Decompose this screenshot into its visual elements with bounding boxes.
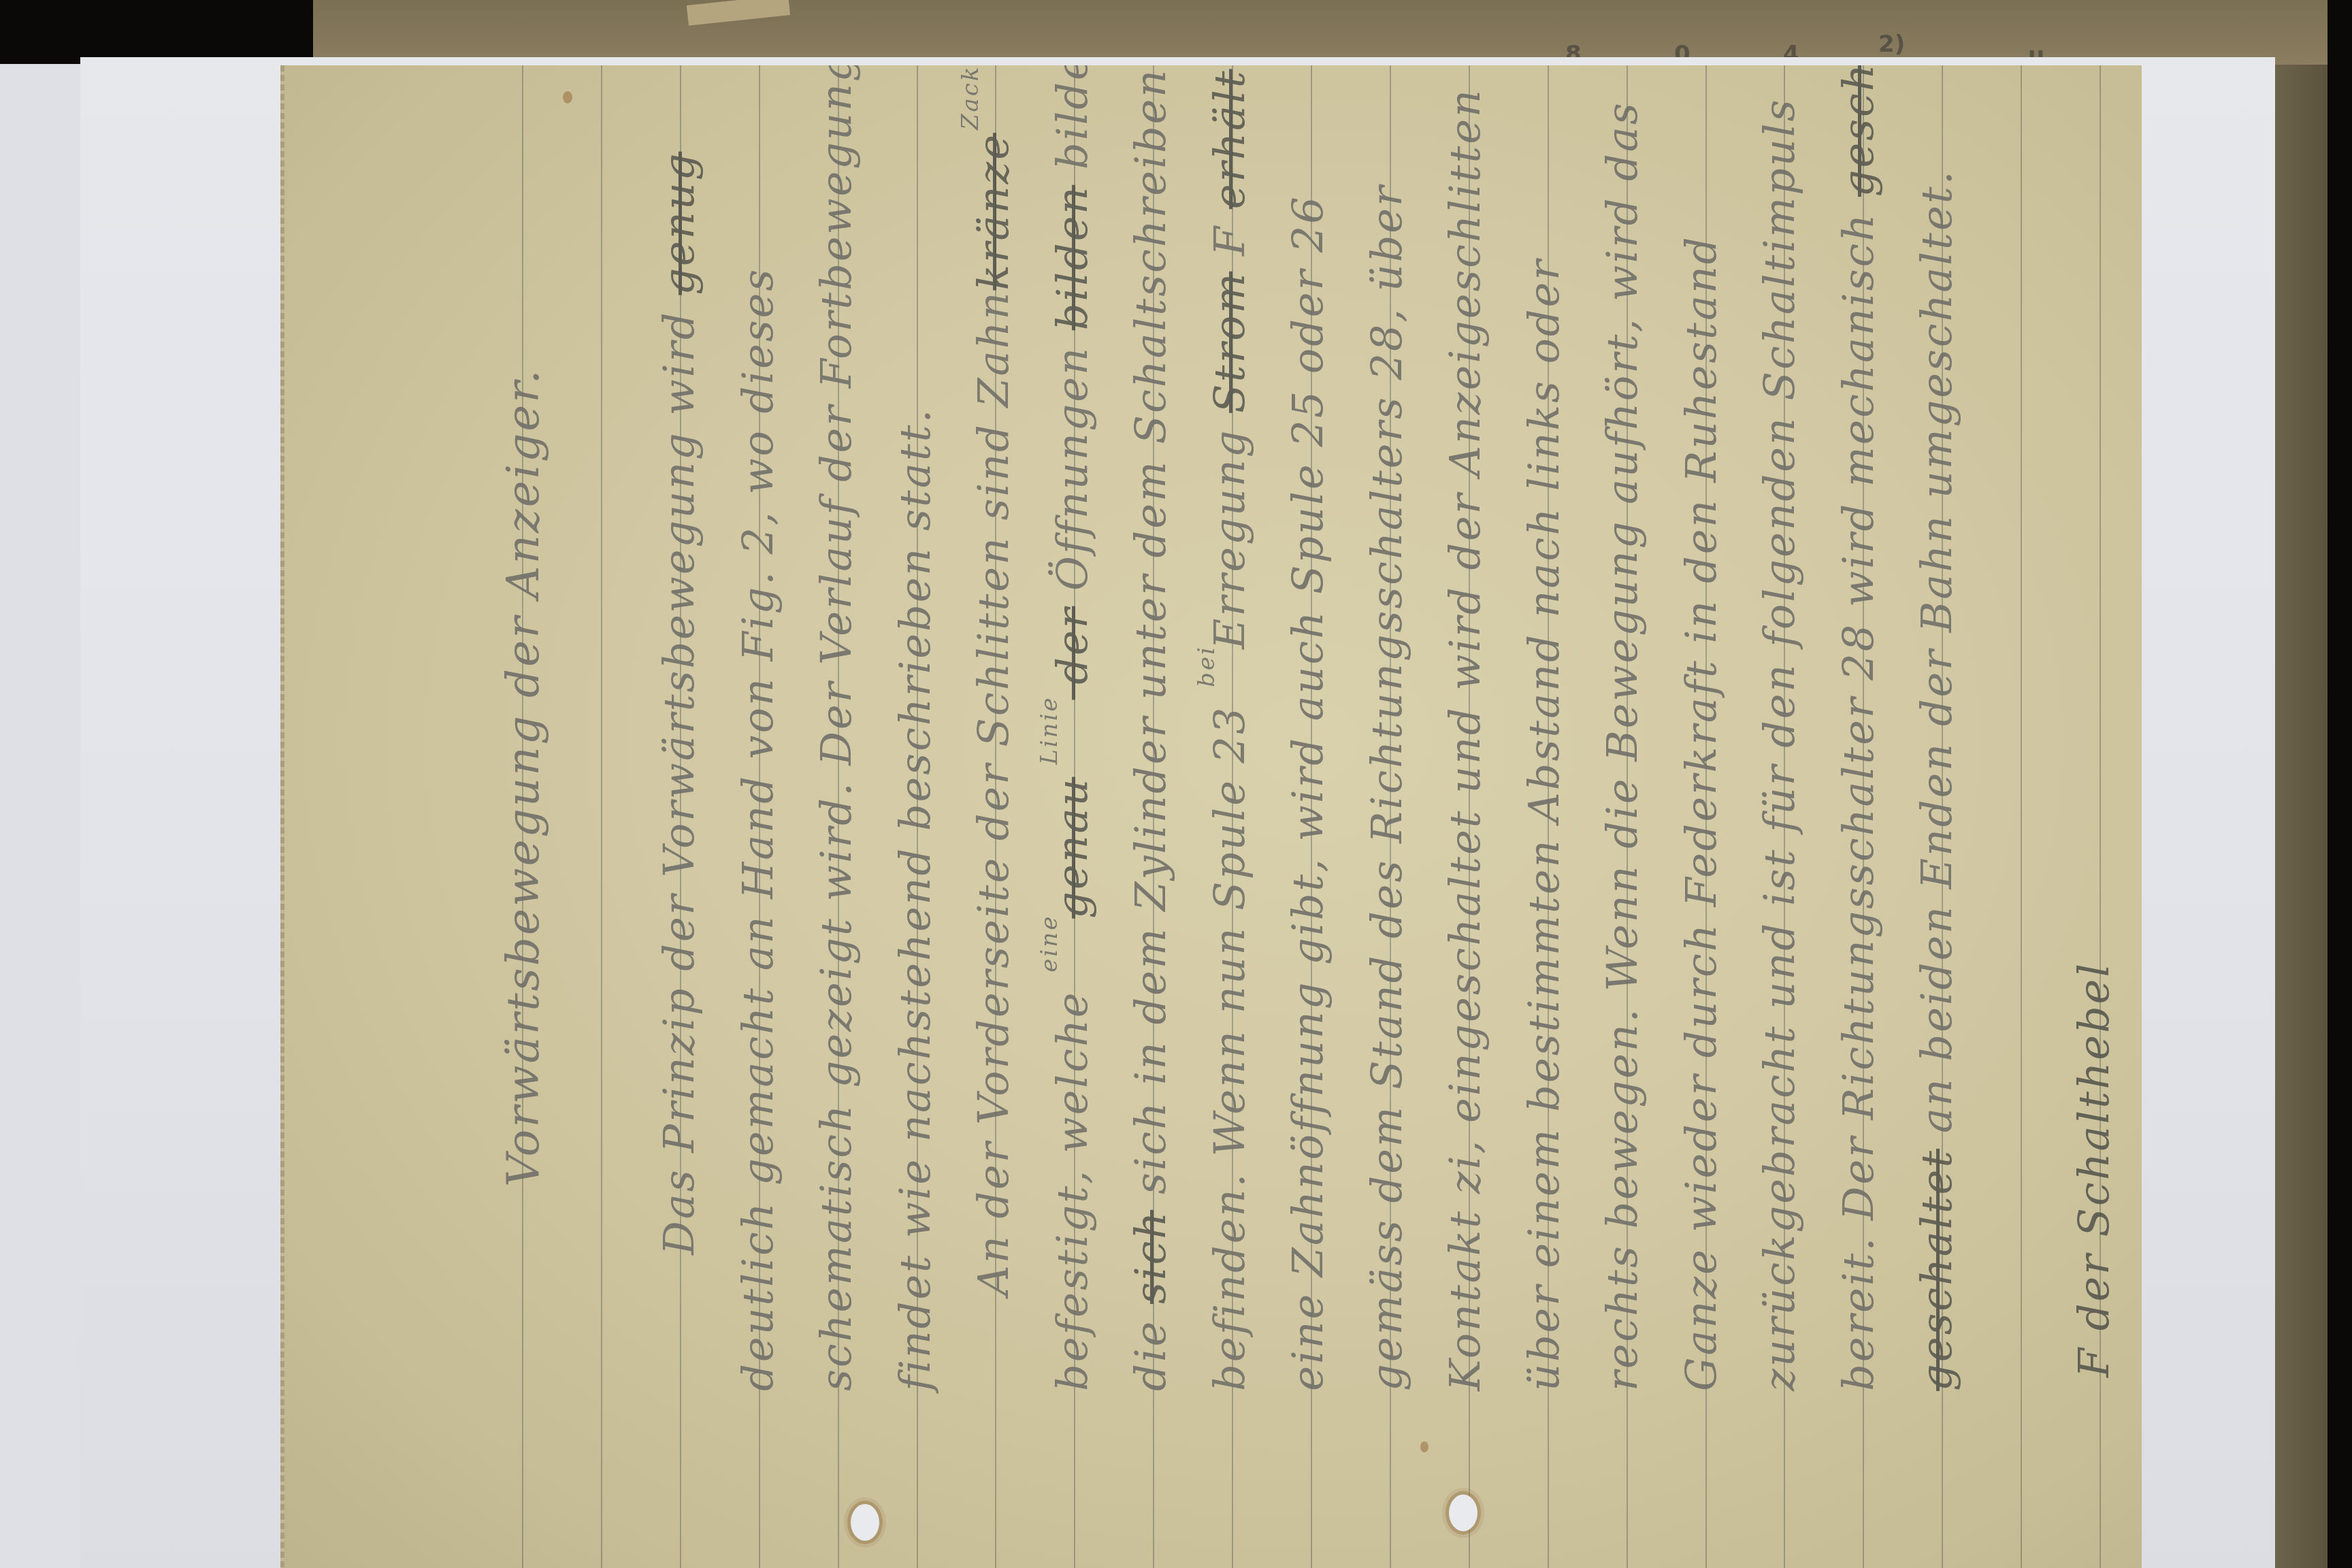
text-line: geschaltet an beiden Enden der Bahn umge… [1912, 169, 1961, 1391]
text-segment: rechts bewegen. Wenn die Bewegung aufhör… [1597, 101, 1647, 1391]
text-segment: Erregung [1205, 413, 1254, 649]
text-segment: F [1205, 209, 1254, 271]
text-line: rechts bewegen. Wenn die Bewegung aufhör… [1597, 101, 1647, 1391]
document-title: Vorwärtsbewegung der Anzeiger. [497, 367, 549, 1187]
text-segment: schematisch gezeigt wird. Der Verlauf de… [811, 65, 861, 1391]
text-segment: über einem bestimmten Abstand nach links… [1519, 258, 1569, 1391]
struck-word: kränze [968, 133, 1018, 290]
struck-word: der [1047, 606, 1097, 700]
inserted-word: eine [1036, 915, 1063, 973]
folder-top-edge [313, 0, 2327, 65]
text-segment: die [1126, 1304, 1175, 1391]
struck-word: erhält [1205, 69, 1254, 209]
footnote: F der Schalthebel [2069, 962, 2119, 1377]
text-segment: Kontakt zi, eingeschaltet und wird der A… [1440, 88, 1490, 1391]
struck-word: sich [1126, 1210, 1175, 1304]
text-segment: findet wie nachstehend beschrieben statt… [890, 408, 940, 1391]
text-line: eine Zahnöffnung gibt, wird auch Spule 2… [1283, 195, 1333, 1391]
text-segment: an beiden Enden der Bahn umgeschaltet. [1912, 169, 1961, 1149]
manuscript-page: Vorwärtsbewegung der Anzeiger. Das Prinz… [280, 65, 2142, 1568]
text-segment: sich in dem Zylinder unter dem Schaltsch… [1126, 68, 1175, 1210]
struck-word: gesch [1833, 65, 1883, 197]
text-line: bereit. Der Richtungsschalter 28 wird me… [1833, 65, 1883, 1391]
folder-label: 2) [1878, 31, 1905, 58]
handwritten-text: Vorwärtsbewegung der Anzeiger. Das Prinz… [280, 65, 2142, 1568]
struck-word: Strom [1205, 272, 1254, 413]
text-segment: befinden. Wenn nun Spule 23 [1205, 690, 1254, 1391]
text-segment: eine Zahnöffnung gibt, wird auch Spule 2… [1283, 195, 1333, 1391]
struck-word: geschaltet [1912, 1149, 1961, 1391]
text-segment: gemäss dem Stand des Richtungsschalters … [1362, 184, 1411, 1391]
text-segment: An der Vorderseite der Schlitten sind Za… [968, 291, 1018, 1296]
text-line: Ganze wieder durch Federkraft in den Ruh… [1676, 235, 1726, 1391]
struck-word: genug [654, 152, 704, 295]
struck-word: bilden [1047, 185, 1097, 331]
photo-scene: 8 0 4 2) u Vorwärtsbewegung der Anzeiger… [0, 0, 2352, 1568]
text-segment: Öffnungen [1047, 330, 1097, 606]
text-segment: deutlich gemacht an Hand von Fig. 2, wo … [733, 267, 783, 1391]
text-segment: befestigt, welche [1047, 975, 1097, 1391]
text-line: deutlich gemacht an Hand von Fig. 2, wo … [733, 267, 783, 1391]
text-segment: zi ein [1205, 65, 1254, 69]
text-line: An der Vorderseite der Schlitten sind Za… [968, 65, 1018, 1296]
text-line: befestigt, welche einegenau Linie der Öf… [1047, 65, 1097, 1391]
text-line: Kontakt zi, eingeschaltet und wird der A… [1440, 88, 1490, 1391]
text-segment: bilden, [1047, 65, 1097, 185]
text-line: über einem bestimmten Abstand nach links… [1519, 258, 1569, 1391]
inserted-word: bei [1193, 645, 1220, 687]
struck-word: genau [1047, 777, 1097, 919]
text-line: zurückgebracht und ist für den folgenden… [1754, 98, 1804, 1391]
text-line: befinden. Wenn nun Spule 23 beiErregung … [1205, 65, 1254, 1391]
text-line: findet wie nachstehend beschrieben statt… [890, 408, 940, 1391]
text-line: gemäss dem Stand des Richtungsschalters … [1362, 184, 1411, 1391]
text-line: die sich sich in dem Zylinder unter dem … [1126, 68, 1175, 1391]
text-line: schematisch gezeigt wird. Der Verlauf de… [811, 65, 861, 1391]
text-line: Das Prinzip der Vorwärtsbewegung wird ge… [654, 152, 704, 1255]
text-segment: Das Prinzip der Vorwärtsbewegung wird [654, 295, 704, 1255]
text-segment: bereit. Der Richtungsschalter 28 wird me… [1833, 197, 1883, 1391]
inserted-word: Linie [1036, 696, 1063, 774]
text-segment: Ganze wieder durch Federkraft in den Ruh… [1676, 235, 1726, 1391]
inserted-word: Zacken [957, 65, 984, 130]
text-segment: zurückgebracht und ist für den folgenden… [1754, 98, 1804, 1391]
